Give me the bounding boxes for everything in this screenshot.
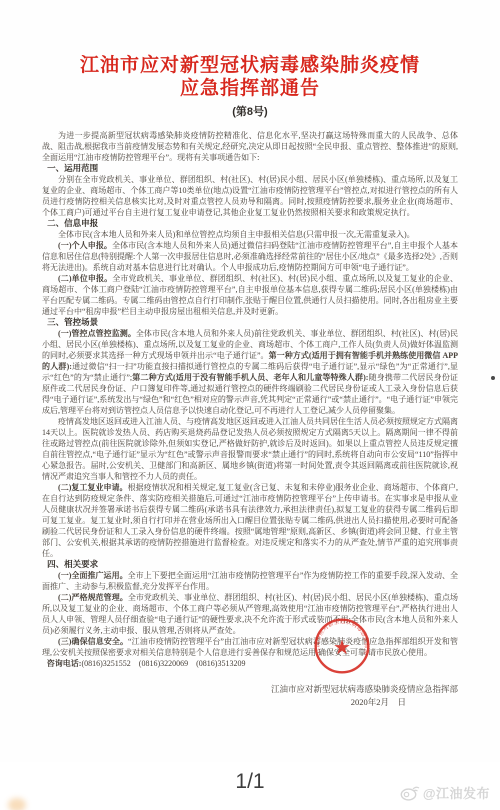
notice-body: 为进一步提高新型冠状病毒感染肺炎疫情防控精准化、信息化水平,坚决打赢这场特殊而重… [42,130,458,669]
paragraph: (一)个人申报。全体市民(含本地人员和外来人员)通过微信扫码登陆“江油市疫情防控… [42,240,458,273]
paragraph: 全体市民(含本地人员和外来人员)和单位管控点均须自主申报相关信息(只需申报一次,… [42,229,458,240]
section-heading: 四、相关要求 [42,559,458,570]
watermark: @江油发布 [400,783,490,802]
speck-artifact [491,376,495,380]
paragraph: 分别在全市党政机关、事业单位、群团组织、村(社区)、村(居)民小组、居民小区(单… [42,174,458,218]
paragraph: (二)严格规范管理。全市党政机关、事业单位、群团组织、村(社区)、村(居)民小组… [42,592,458,636]
stamp-star-icon: ★ [333,637,351,659]
watermark-text: @江油发布 [423,783,490,802]
official-stamp-icon: 江油市应对新型冠状病毒感染肺炎疫情应急指挥部 ★ [313,617,371,675]
smudge-artifact [8,798,26,810]
weibo-icon [400,785,420,801]
paragraph: (一)管控点管控监测。全体市民(含本地人员和外来人员)前往党政机关、事业单位、群… [42,328,458,416]
paragraph: (一)全面推广运用。全市上下要把全面运用“江油市疫情防控管理平台”作为疫情防控工… [42,570,458,592]
section-heading: 三、管控场景 [42,317,458,328]
signature-date: 2020年2月 日 [42,695,458,709]
notice-photo[interactable]: 江油市应对新型冠状病毒感染肺炎疫情 应急指挥部通告 (第8号) 为进一步提高新型… [0,0,500,762]
paragraph: (二)单位申报。全市党政机关、事业单位、群团组织、村(社区)、村(居)民小组、重… [42,273,458,317]
paragraph: 咨询电话:(0816)3251552 (0816)3220069 (0816)3… [42,658,458,669]
notice-title-line1: 江油市应对新型冠状病毒感染肺炎疫情 [42,54,458,77]
signature-line: 江油市应对新型冠状病毒感染肺炎疫情应急指挥部 [42,683,458,695]
image-viewer: 江油市应对新型冠状病毒感染肺炎疫情 应急指挥部通告 (第8号) 为进一步提高新型… [0,0,500,810]
issue-number: (第8号) [42,103,458,119]
paragraph: 疫情高发地区返回或进入江油人员、与疫情高发地区返回或进入江油人员共同居住生活人员… [42,416,458,482]
paragraph: 为进一步提高新型冠状病毒感染肺炎疫情防控精准化、信息化水平,坚决打赢这场特殊而重… [42,130,458,163]
section-heading: 二、信息申报 [42,218,458,229]
notice-document: 江油市应对新型冠状病毒感染肺炎疫情 应急指挥部通告 (第8号) 为进一步提高新型… [42,54,458,709]
notice-title-line2: 应急指挥部通告 [42,77,458,100]
paragraph: (三)确保信息安全。“江油市疫情防控管理平台”由江油市应对新型冠状病毒感染肺炎疫… [42,636,458,658]
section-heading: 一、运用范围 [42,163,458,174]
notice-title: 江油市应对新型冠状病毒感染肺炎疫情 应急指挥部通告 [42,54,458,100]
paragraph: (二)复工复业申请。根据疫情状况和相关规定,复工复业(含已复、未复和未停业)服务… [42,482,458,559]
